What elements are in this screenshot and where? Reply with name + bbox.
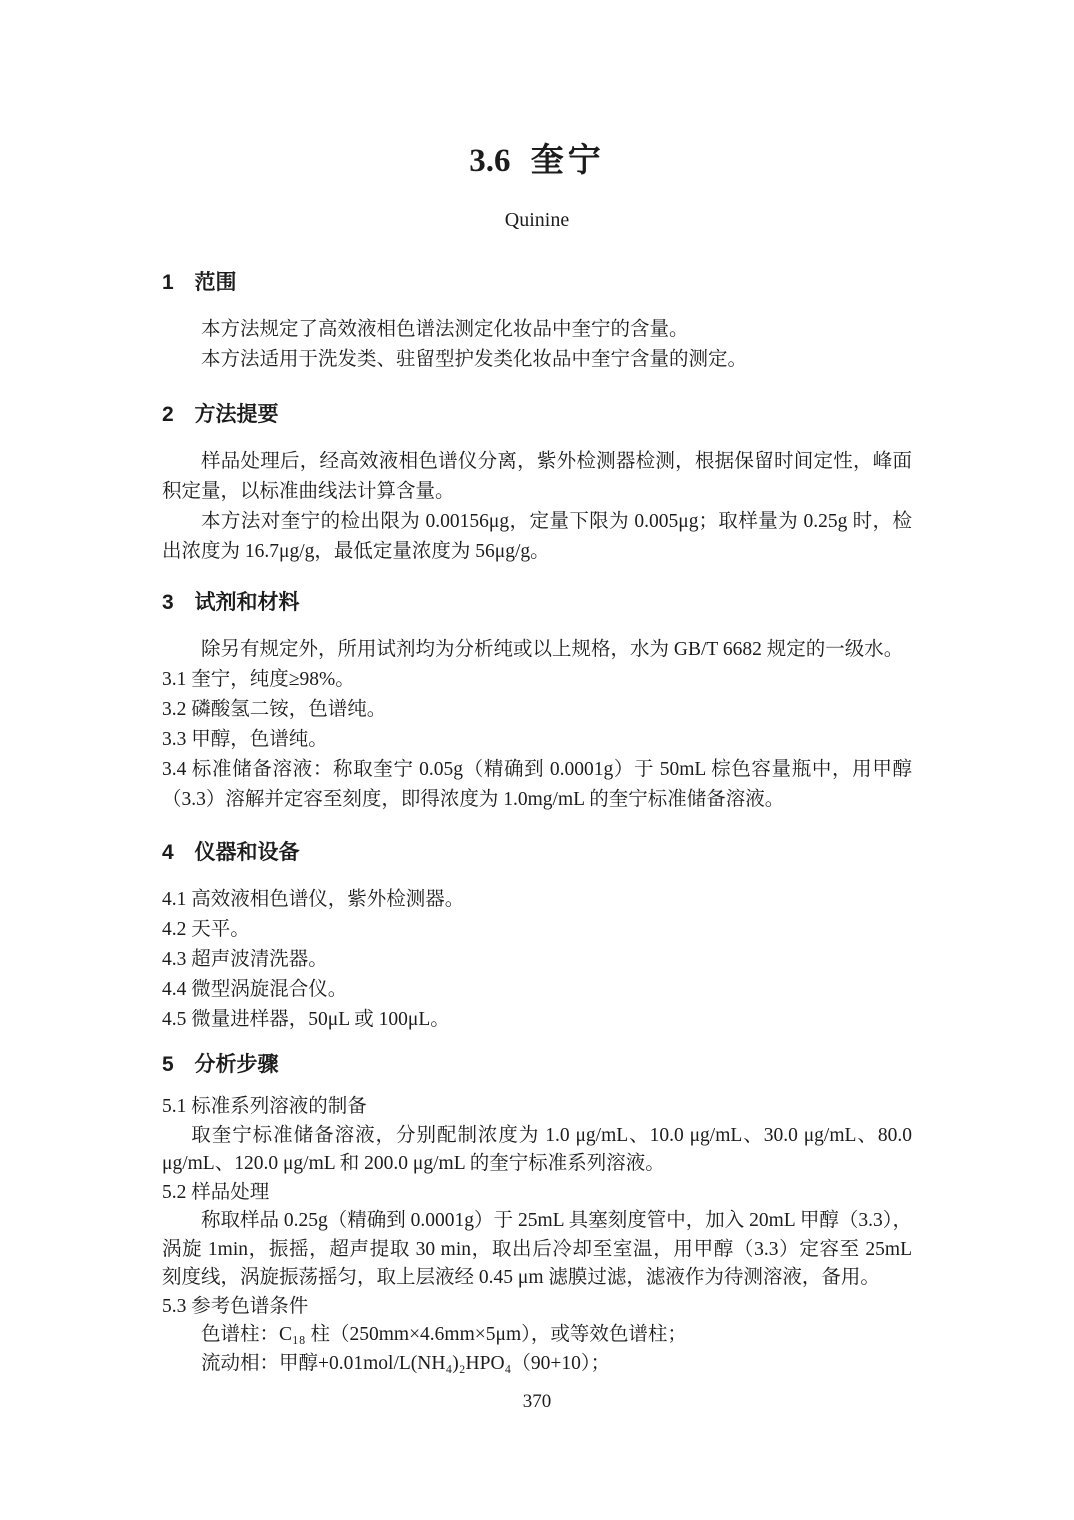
document-title: 3.6 奎宁 bbox=[162, 140, 912, 181]
method-summary-paragraph-2: 本方法对奎宁的检出限为 0.00156μg，定量下限为 0.005μg；取样量为… bbox=[162, 507, 912, 567]
section-title: 方法提要 bbox=[195, 403, 279, 426]
instrument-item-4-5: 4.5 微量进样器，50μL 或 100μL。 bbox=[162, 1005, 912, 1035]
procedure-subheading-5-3: 5.3 参考色谱条件 bbox=[162, 1293, 912, 1322]
section-reagents-heading: 3 试剂和材料 bbox=[162, 589, 912, 617]
method-summary-paragraph-1: 样品处理后，经高效液相色谱仪分离，紫外检测器检测，根据保留时间定性，峰面积定量，… bbox=[162, 447, 912, 507]
section-instruments-equipment: 4 仪器和设备 4.1 高效液相色谱仪，紫外检测器。 4.2 天平。 4.3 超… bbox=[162, 839, 912, 1035]
instrument-item-4-1: 4.1 高效液相色谱仪，紫外检测器。 bbox=[162, 885, 912, 915]
section-number: 4 bbox=[162, 841, 174, 864]
reagents-intro: 除另有规定外，所用试剂均为分析纯或以上规格，水为 GB/T 6682 规定的一级… bbox=[162, 635, 912, 665]
section-analysis-procedure: 5 分析步骤 5.1 标准系列溶液的制备 取奎宁标准储备溶液，分别配制浓度为 1… bbox=[162, 1051, 912, 1378]
section-scope-heading: 1 范围 bbox=[162, 269, 912, 297]
section-title: 分析步骤 bbox=[195, 1053, 279, 1076]
title-section-number: 3.6 bbox=[469, 143, 510, 179]
instrument-item-4-3: 4.3 超声波清洗器。 bbox=[162, 945, 912, 975]
section-number: 1 bbox=[162, 271, 174, 294]
procedure-paragraph-sample-prep: 称取样品 0.25g（精确到 0.0001g）于 25mL 具塞刻度管中，加入 … bbox=[162, 1207, 912, 1293]
section-method-summary-heading: 2 方法提要 bbox=[162, 401, 912, 429]
reagent-item-3-2: 3.2 磷酸氢二铵，色谱纯。 bbox=[162, 695, 912, 725]
procedure-line-mobile-phase: 流动相：甲醇+0.01mol/L(NH₄)₂HPO₄（90+10）； bbox=[162, 1350, 912, 1379]
reagent-item-3-4: 3.4 标准储备溶液：称取奎宁 0.05g（精确到 0.0001g）于 50mL… bbox=[162, 755, 912, 815]
procedure-paragraph-standard-series: 取奎宁标准储备溶液，分别配制浓度为 1.0 μg/mL、10.0 μg/mL、3… bbox=[162, 1122, 912, 1179]
instrument-item-4-4: 4.4 微型涡旋混合仪。 bbox=[162, 975, 912, 1005]
section-reagents-materials: 3 试剂和材料 除另有规定外，所用试剂均为分析纯或以上规格，水为 GB/T 66… bbox=[162, 589, 912, 815]
section-number: 2 bbox=[162, 403, 174, 426]
reagent-item-3-1: 3.1 奎宁，纯度≥98%。 bbox=[162, 665, 912, 695]
document-page: 3.6 奎宁 Quinine 1 范围 本方法规定了高效液相色谱法测定化妆品中奎… bbox=[0, 0, 1074, 1520]
section-procedure-heading: 5 分析步骤 bbox=[162, 1051, 912, 1079]
procedure-subheading-5-1: 5.1 标准系列溶液的制备 bbox=[162, 1093, 912, 1122]
section-title: 仪器和设备 bbox=[195, 841, 300, 864]
page-number: 370 bbox=[0, 1390, 1074, 1414]
instrument-item-4-2: 4.2 天平。 bbox=[162, 915, 912, 945]
section-instruments-heading: 4 仪器和设备 bbox=[162, 839, 912, 867]
section-title: 试剂和材料 bbox=[195, 591, 300, 614]
title-text: 奎宁 bbox=[531, 141, 605, 178]
section-method-summary: 2 方法提要 样品处理后，经高效液相色谱仪分离，紫外检测器检测，根据保留时间定性… bbox=[162, 401, 912, 567]
procedure-subheading-5-2: 5.2 样品处理 bbox=[162, 1179, 912, 1208]
section-number: 5 bbox=[162, 1053, 174, 1076]
scope-paragraph-1: 本方法规定了高效液相色谱法测定化妆品中奎宁的含量。 bbox=[162, 315, 912, 345]
reagent-item-3-3: 3.3 甲醇，色谱纯。 bbox=[162, 725, 912, 755]
section-number: 3 bbox=[162, 591, 174, 614]
procedure-line-column: 色谱柱：C₁₈ 柱（250mm×4.6mm×5μm），或等效色谱柱； bbox=[162, 1321, 912, 1350]
scope-paragraph-2: 本方法适用于洗发类、驻留型护发类化妆品中奎宁含量的测定。 bbox=[162, 345, 912, 375]
section-scope: 1 范围 本方法规定了高效液相色谱法测定化妆品中奎宁的含量。 本方法适用于洗发类… bbox=[162, 269, 912, 375]
document-subtitle: Quinine bbox=[162, 207, 912, 233]
section-title: 范围 bbox=[195, 271, 237, 294]
